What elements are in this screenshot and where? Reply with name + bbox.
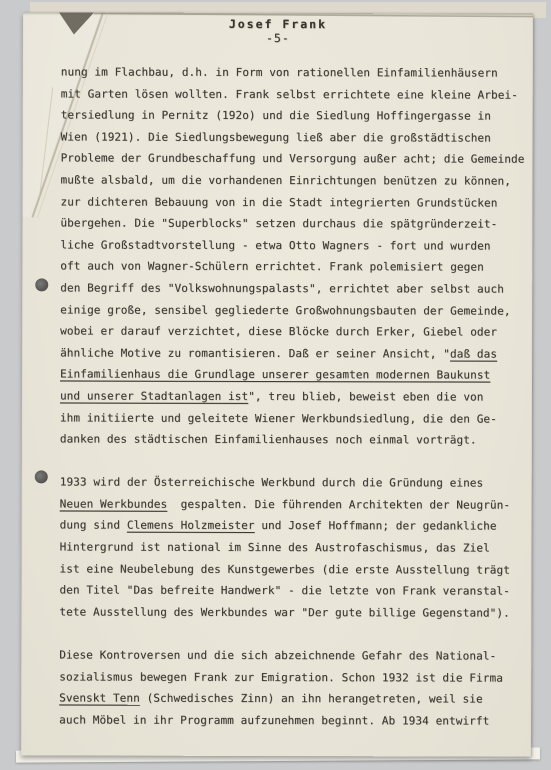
text-line: Wien (1921). Die Siedlungsbewegung ließ … <box>61 126 526 149</box>
text-line: zur dichteren Bebauung von in die Stadt … <box>60 191 525 214</box>
text-segment: (Schwedisches Zinn) an ihn herangetreten… <box>140 692 483 706</box>
text-segment: und Josef Hoffmann; der gedankliche <box>255 519 497 533</box>
text-segment: danken des städtischen Einfamilienhauses… <box>60 433 477 447</box>
text-line: nung im Flachbau, d.h. in Form von ratio… <box>61 61 526 84</box>
text-line: danken des städtischen Einfamilienhauses… <box>60 429 525 452</box>
text-segment: den Titel "Das befreite Handwerk" - die … <box>59 584 509 598</box>
text-line: den Begriff des "Volkswohnungspalasts", … <box>60 277 525 300</box>
underlined-text-segment: Einfamilienhaus die Grundlage unserer ge… <box>60 368 490 382</box>
document-page: Josef Frank -5- nung im Flachbau, d.h. i… <box>21 12 533 756</box>
text-line: mit Garten lösen wollten. Frank selbst e… <box>61 83 526 106</box>
text-line: tersiedlung in Pernitz (192o) und die Si… <box>61 105 526 128</box>
text-line: ist eine Neubelebung des Kunstgewerbes (… <box>59 558 524 581</box>
text-line: Svenskt Tenn (Schwedisches Zinn) an ihn … <box>59 688 524 711</box>
text-segment: liche Großstadtvorstellung - etwa Otto W… <box>60 238 490 252</box>
text-segment: nung im Flachbau, d.h. in Form von ratio… <box>61 65 498 79</box>
text-line: Hintergrund ist national im Sinne des Au… <box>60 536 525 559</box>
underlined-text-segment: Clemens Holzmeister <box>127 519 255 532</box>
page-header: Josef Frank -5- <box>23 16 533 45</box>
text-line: dung sind Clemens Holzmeister und Josef … <box>60 515 525 538</box>
underlined-text-segment: und unserer Stadtanlagen ist <box>60 389 248 402</box>
hole-punch-bottom <box>35 470 48 483</box>
text-line: liche Großstadtvorstellung - etwa Otto W… <box>60 234 525 257</box>
text-segment: zur dichteren Bebauung von in die Stadt … <box>60 195 497 209</box>
text-line: Probleme der Grundbeschaffung und Versor… <box>61 148 526 171</box>
text-line: und unserer Stadtanlagen ist", treu blie… <box>60 385 525 408</box>
text-line: ähnliche Motive zu romantisieren. Daß er… <box>60 342 525 365</box>
text-segment: tersiedlung in Pernitz (192o) und die Si… <box>61 109 491 123</box>
text-segment: wobei er darauf verzichtet, diese Blöcke… <box>60 325 497 339</box>
text-segment: oft auch von Wagner-Schülern errichtet. … <box>60 260 484 274</box>
page-number: -5- <box>23 30 533 45</box>
text-segment: sozialismus bewegen Frank zur Emigration… <box>59 670 503 684</box>
text-segment: ", treu blieb, beweist eben die von <box>248 390 483 404</box>
text-segment: gespalten. Die führenden Architekten der… <box>167 498 510 512</box>
text-line: einige große, sensibel gegliederte Großw… <box>60 299 525 322</box>
text-segment: 1933 wird der Österreichische Werkbund d… <box>60 476 484 490</box>
text-segment: auch Möbel in ihr Programm aufzunehmen b… <box>59 713 489 727</box>
text-segment: tete Ausstellung des Werkbundes war "Der… <box>59 605 509 619</box>
text-line: den Titel "Das befreite Handwerk" - die … <box>59 580 524 603</box>
scanned-document-screenshot: { "document": { "header": { "title": "Jo… <box>0 0 551 770</box>
text-segment: Wien (1921). Die Siedlungsbewegung ließ … <box>61 130 491 144</box>
text-line: oft auch von Wagner-Schülern errichtet. … <box>60 256 525 279</box>
text-line: ihm initiierte und geleitete Wiener Werk… <box>60 407 525 430</box>
text-line: Einfamilienhaus die Grundlage unserer ge… <box>60 364 525 387</box>
text-line: Diese Kontroversen und die sich abzeichn… <box>59 644 524 667</box>
underlined-text-segment: Svenskt Tenn <box>59 692 140 705</box>
underlined-text-segment: daß das <box>450 347 497 360</box>
text-segment: einige große, sensibel gegliederte Großw… <box>60 303 510 317</box>
text-segment: mußte alsbald, um die vorhandenen Einric… <box>61 173 511 187</box>
text-segment: dung sind <box>60 519 127 532</box>
text-segment: ähnliche Motive zu romantisieren. Daß er… <box>60 346 450 360</box>
text-line: übergehen. Die "Superblocks" setzen durc… <box>60 213 525 236</box>
text-line: 1933 wird der Österreichische Werkbund d… <box>60 472 525 495</box>
text-segment: den Begriff des "Volkswohnungspalasts", … <box>60 281 504 295</box>
paragraph: 1933 wird der Österreichische Werkbund d… <box>59 472 524 624</box>
text-segment: übergehen. Die "Superblocks" setzen durc… <box>60 217 497 231</box>
document-body: nung im Flachbau, d.h. in Form von ratio… <box>59 61 526 732</box>
text-segment: ihm initiierte und geleitete Wiener Werk… <box>60 411 497 425</box>
text-line: wobei er darauf verzichtet, diese Blöcke… <box>60 321 525 344</box>
text-line: mußte alsbald, um die vorhandenen Einric… <box>61 169 526 192</box>
paragraph: Diese Kontroversen und die sich abzeichn… <box>59 644 524 732</box>
underlined-text-segment: Neuen Werkbundes <box>60 497 168 510</box>
text-segment: Hintergrund ist national im Sinne des Au… <box>60 540 490 554</box>
hole-punch-top <box>35 278 48 291</box>
text-line: auch Möbel in ihr Programm aufzunehmen b… <box>59 709 524 732</box>
text-line: tete Ausstellung des Werkbundes war "Der… <box>59 601 524 624</box>
text-segment: Probleme der Grundbeschaffung und Versor… <box>61 152 525 166</box>
text-segment: ist eine Neubelebung des Kunstgewerbes (… <box>60 562 510 576</box>
page-header-title: Josef Frank <box>23 16 533 31</box>
text-segment: Diese Kontroversen und die sich abzeichn… <box>59 648 496 662</box>
text-line: sozialismus bewegen Frank zur Emigration… <box>59 666 524 689</box>
text-line: Neuen Werkbundes gespalten. Die führende… <box>60 493 525 516</box>
text-segment: mit Garten lösen wollten. Frank selbst e… <box>61 87 518 101</box>
paragraph: nung im Flachbau, d.h. in Form von ratio… <box>60 61 526 451</box>
